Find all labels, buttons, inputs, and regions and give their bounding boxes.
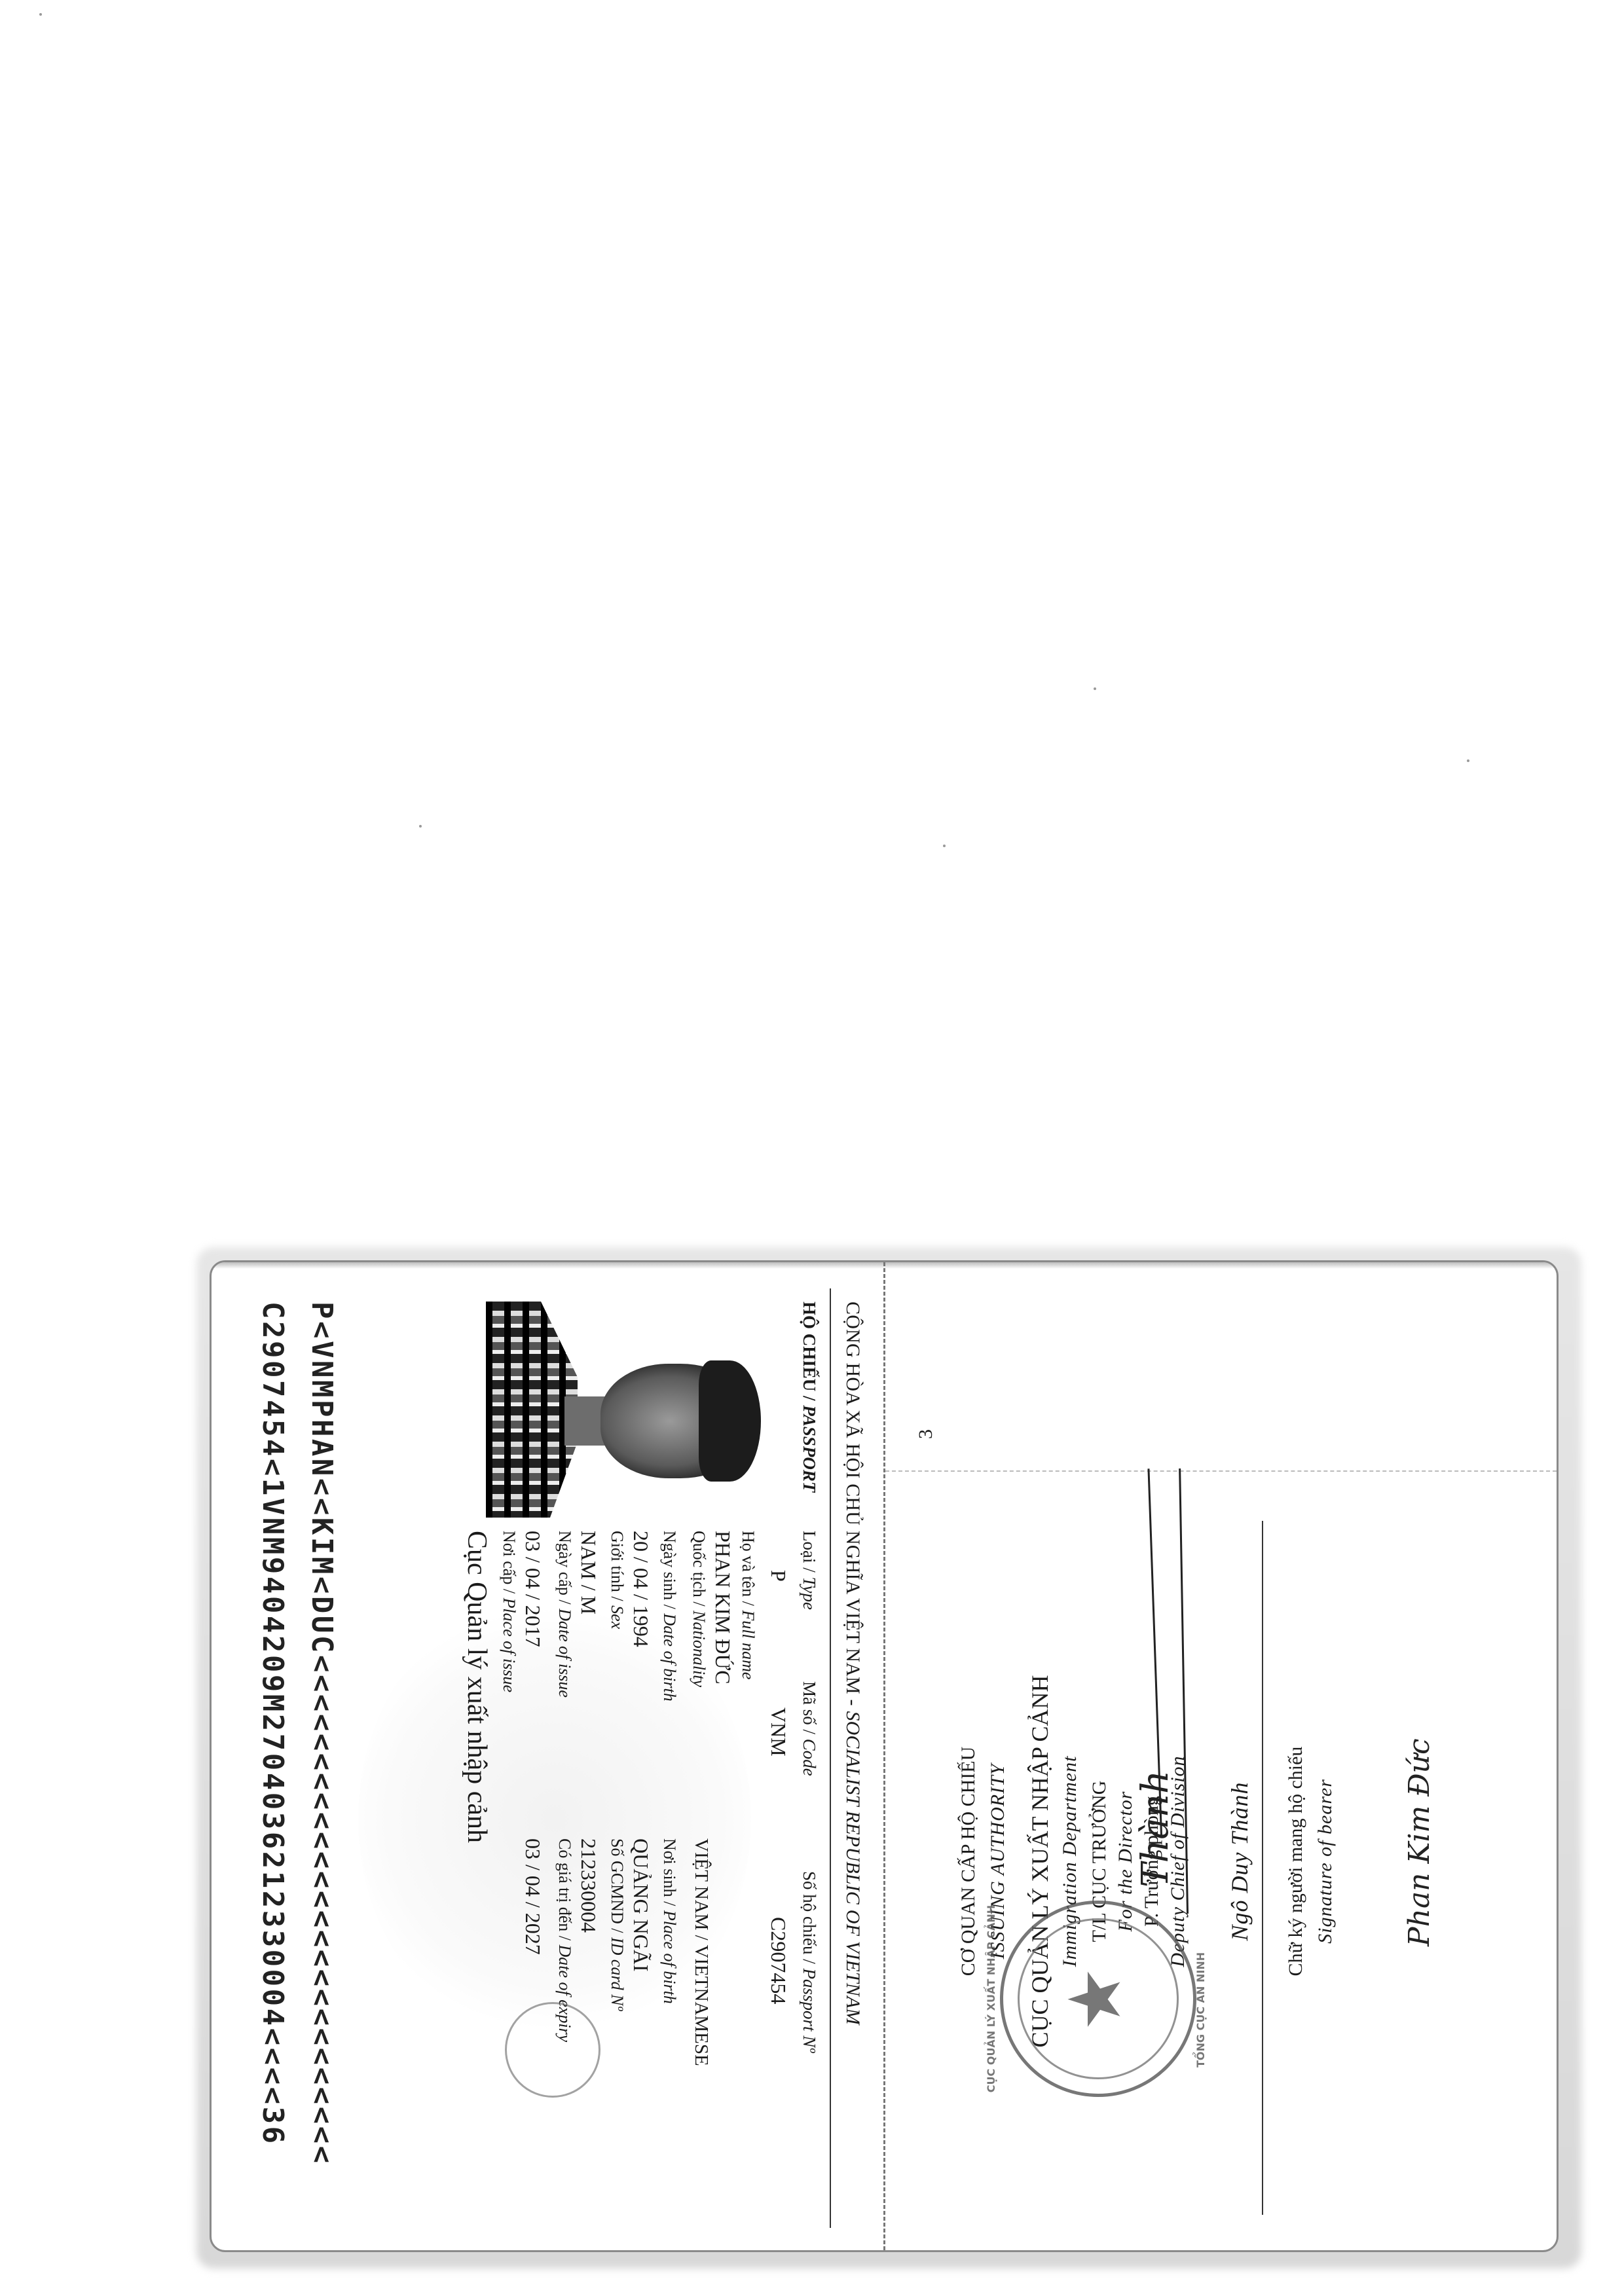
page-perforation	[885, 1470, 1557, 1472]
nationality-value: VIỆT NAM / VIETNAMESE	[690, 1838, 712, 2066]
nationality-label: Quốc tịch / Nationality	[689, 1531, 709, 1687]
place-issue-value: Cục Quản lý xuất nhập cảnh	[461, 1531, 492, 1843]
page-gutter	[883, 1262, 885, 2250]
type-label: Loại / Type	[799, 1531, 819, 1610]
sex-value: NAM / M	[576, 1531, 600, 1614]
scan-speck	[419, 825, 422, 828]
country-title: CỘNG HÒA XÃ HỘI CHỦ NGHĨA VIỆT NAM - SOC…	[841, 1302, 864, 2025]
pob-value: QUẢNG NGÃI	[629, 1838, 653, 1972]
seal-text-bottom: TỔNG CỤC AN NINH	[1194, 1952, 1207, 2068]
dob-label: Ngày sinh / Date of birth	[659, 1531, 679, 1702]
mrz-line-1: P<VNMPHAN<<KIM<DUC<<<<<<<<<<<<<<<<<<<<<<…	[305, 1302, 339, 2166]
passport-no-value: C2907454	[766, 1917, 790, 2004]
passport-no-label: Số hộ chiếu / Passport Nº	[799, 1871, 819, 2053]
title-rule	[830, 1288, 831, 2228]
place-issue-label: Nơi cấp / Place of issue	[499, 1531, 519, 1692]
authority-page: 3 CƠ QUAN CẤP HỘ CHIẾU ISSUING AUTHORITY…	[885, 1262, 1557, 2252]
data-page: CỘNG HÒA XÃ HỘI CHỦ NGHĨA VIỆT NAM - SOC…	[210, 1262, 882, 2252]
section-divider	[1262, 1521, 1263, 2215]
seal-text-top: CỤC QUẢN LÝ XUẤT NHẬP CẢNH	[985, 1897, 997, 2100]
full-name-value: PHAN KIM ĐỨC	[710, 1531, 735, 1685]
bearer-signature: Phan Kim Đức	[1403, 1738, 1436, 1946]
department-en: Immigration Department	[1059, 1468, 1081, 2252]
scan-speck	[943, 845, 946, 847]
id-value: 212330004	[576, 1838, 600, 1933]
page-number: 3	[915, 1429, 937, 1439]
full-name-label: Họ và tên / Full name	[738, 1531, 758, 1679]
for-director-en: For the Director	[1115, 1468, 1137, 2252]
signer-name: Ngô Duy Thành	[1226, 1468, 1253, 2252]
dove-emblem-stamp	[505, 2002, 600, 2098]
star-icon: ★	[1059, 1967, 1131, 2032]
issuing-authority-vi: CƠ QUAN CẤP HỘ CHIẾU	[957, 1468, 980, 2252]
bearer-signature-label-vi: Chữ ký người mang hộ chiếu	[1285, 1468, 1307, 2252]
department-vi: CỤC QUẢN LÝ XUẤT NHẬP CẢNH	[1026, 1468, 1054, 2252]
dob-value: 20 / 04 / 1994	[629, 1531, 653, 1647]
officer-signature: Thành	[1134, 1770, 1177, 1887]
country-title-en: SOCIALIST REPUBLIC OF VIETNAM	[842, 1711, 864, 2024]
issue-date-label: Ngày cấp / Date of issue	[555, 1531, 574, 1698]
code-value: VNM	[766, 1707, 790, 1757]
expiry-value: 03 / 04 / 2027	[521, 1838, 545, 1955]
scan-speck	[39, 13, 42, 16]
for-director-vi: T/L CỤC TRƯỞNG	[1088, 1468, 1111, 2252]
passport-booklet: 3 CƠ QUAN CẤP HỘ CHIẾU ISSUING AUTHORITY…	[210, 1260, 1559, 2252]
country-title-vi: CỘNG HÒA XÃ HỘI CHỦ NGHĨA VIỆT NAM	[842, 1302, 864, 1694]
code-label: Mã số / Code	[799, 1681, 819, 1776]
official-seal: ★ CỤC QUẢN LÝ XUẤT NHẬP CẢNH TỔNG CỤC AN…	[1000, 1901, 1196, 2097]
doc-label: HỘ CHIẾU / PASSPORT	[799, 1302, 819, 1492]
bearer-signature-label-en: Signature of bearer	[1314, 1468, 1337, 2252]
mrz-line-2: C2907454<1VNM9404209M2704036212330004<<<…	[256, 1302, 289, 2146]
scan-speck	[1094, 687, 1096, 690]
scan-speck	[1467, 759, 1469, 762]
pob-label: Nơi sinh / Place of birth	[659, 1838, 679, 2004]
type-value: P	[766, 1570, 790, 1582]
issue-date-value: 03 / 04 / 2017	[521, 1531, 545, 1647]
id-label: Số GCMND / ID card Nº	[607, 1838, 627, 2011]
issuing-authority-en: ISSUING AUTHORITY	[987, 1468, 1009, 2252]
sex-label: Giới tính / Sex	[607, 1531, 627, 1629]
bearer-photo	[486, 1302, 774, 1518]
